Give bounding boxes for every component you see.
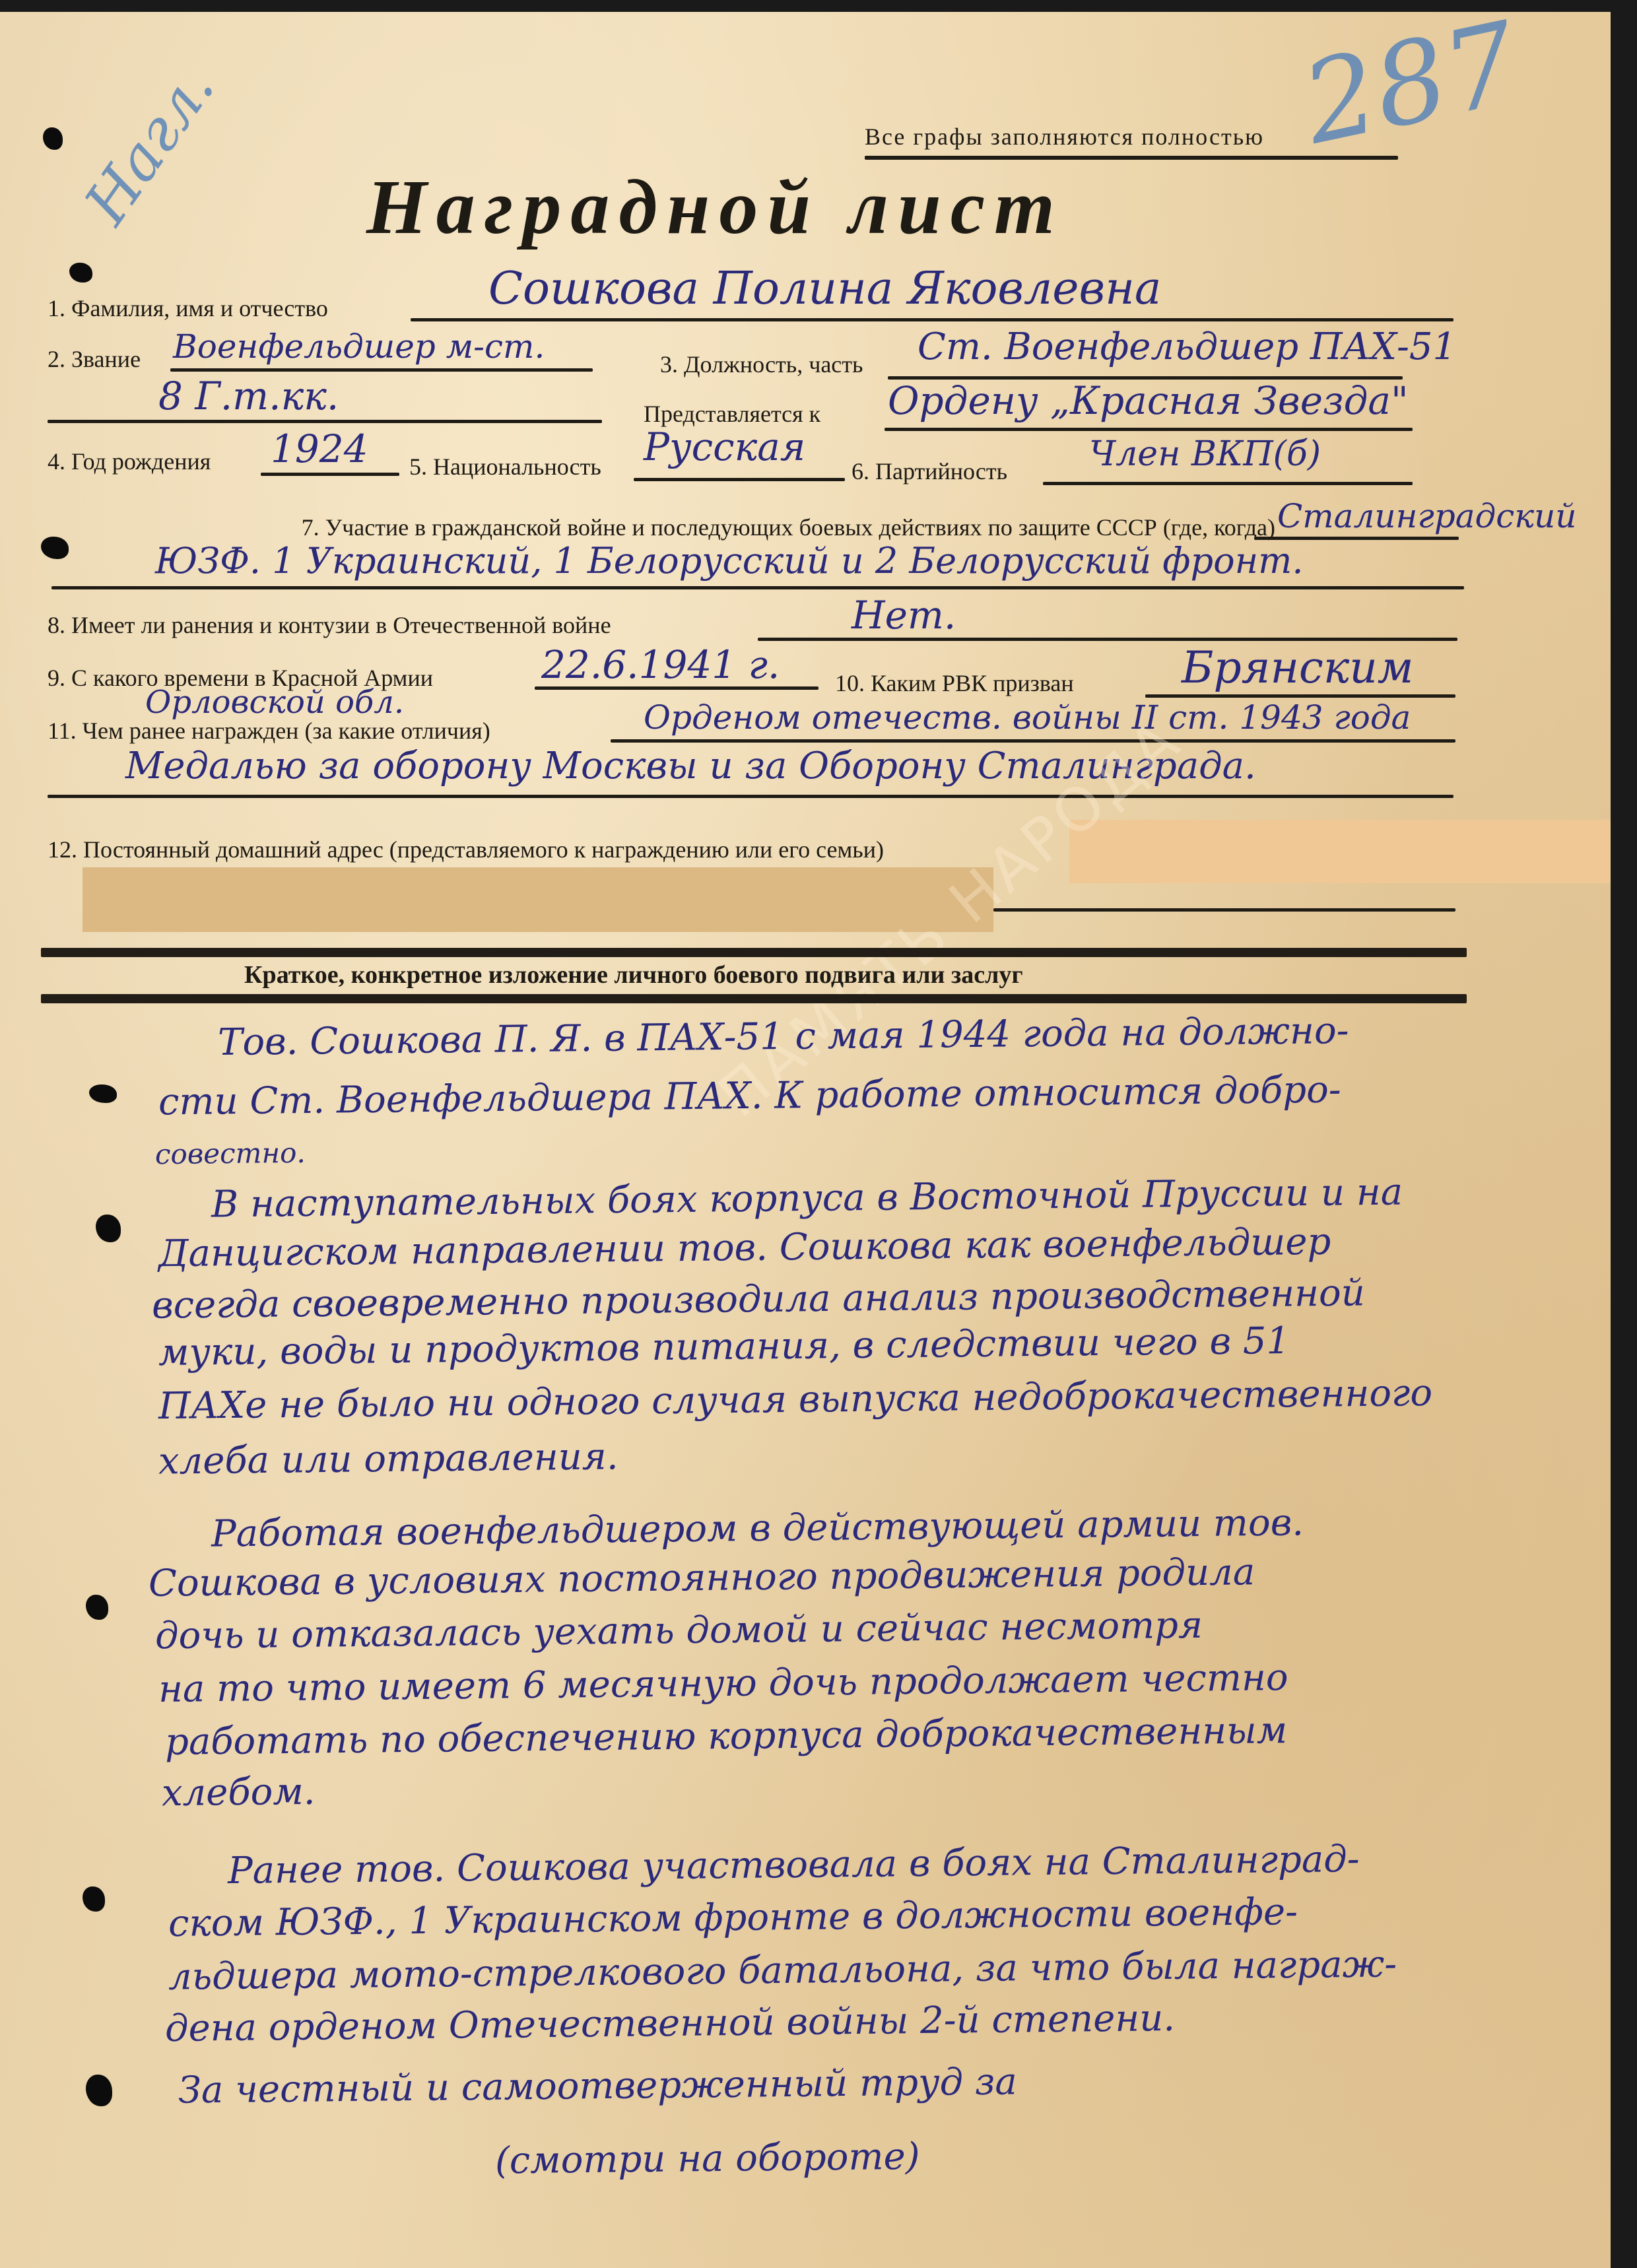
field-11-line-2 (48, 795, 1453, 798)
redacted-address-right (1069, 820, 1611, 883)
note-underline (865, 156, 1398, 160)
narrative-line: муки, воды и продуктов питания, в следст… (158, 1319, 1290, 1374)
binding-hole (43, 127, 63, 150)
binding-hole (86, 2075, 112, 2106)
pencil-annotation-number: 287 (1292, 12, 1529, 170)
narrative-line: Работая военфельдшером в действующей арм… (211, 1501, 1304, 1555)
instruction-note: Все графы заполняются полностью (865, 123, 1264, 150)
narrative-line: За честный и самоотверженный труд за (178, 2060, 1017, 2112)
field-2-value-continued: 8 Г.т.кк. (158, 374, 339, 418)
presented-line (885, 428, 1413, 431)
field-5-line (634, 478, 845, 481)
narrative-line: В наступательных боях корпуса в Восточно… (211, 1171, 1403, 1226)
field-2-line (170, 368, 593, 372)
presented-label: Представляется к (644, 400, 820, 428)
field-1-label: 1. Фамилия, имя и отчество (48, 294, 328, 322)
field-8-label: 8. Имеет ли ранения и контузии в Отечест… (48, 611, 611, 639)
field-7-value-1: Сталинградский (1277, 497, 1577, 535)
narrative-line: всегда своевременно производила анализ п… (152, 1271, 1365, 1327)
field-3-value: Ст. Военфельдшер ПАХ-51 (918, 325, 1456, 368)
field-7-line-2 (51, 586, 1464, 589)
narrative-line: на то что имеет 6 месячную дочь продолжа… (158, 1656, 1288, 1711)
binding-hole (69, 263, 92, 283)
field-12-label: 12. Постоянный домашний адрес (представл… (48, 836, 884, 863)
presented-value: Ордену „Красная Звезда" (888, 378, 1409, 423)
document-title: Наградной лист (366, 162, 1064, 252)
field-11-value-1: Орденом отечеств. войны II ст. 1943 года (644, 698, 1411, 737)
field-6-line (1043, 482, 1413, 485)
redacted-address-left (83, 867, 993, 932)
field-10-label: 10. Каким РВК призван (835, 669, 1074, 697)
section-rule-top (41, 948, 1467, 957)
field-8-value: Нет. (852, 593, 956, 638)
field-10-value: Брянским (1182, 642, 1414, 693)
field-3-label: 3. Должность, часть (660, 350, 863, 378)
field-7-label: 7. Участие в гражданской войне и последу… (48, 514, 1275, 541)
field-4-value: 1924 (271, 426, 368, 471)
narrative-line: Тов. Сошкова П. Я. в ПАХ-51 с мая 1944 г… (218, 1009, 1349, 1064)
field-2-label: 2. Звание (48, 345, 141, 373)
narrative-line: ПАХе не было ни одного случая выпуска не… (158, 1372, 1433, 1428)
award-sheet: Нагл. 287 Все графы заполняются полность… (0, 12, 1611, 2268)
field-2-line-2 (48, 420, 602, 423)
pencil-annotation-top-left: Нагл. (71, 54, 228, 236)
field-2-value: Военфельдшер м-ст. (173, 327, 545, 366)
binding-hole (86, 1595, 108, 1620)
binding-hole (96, 1215, 121, 1242)
narrative-line: Данцигском направлении тов. Сошкова как … (158, 1220, 1331, 1276)
field-8-line (758, 638, 1457, 641)
narrative-line: дена орденом Отечественной войны 2-й сте… (165, 1997, 1176, 2050)
narrative-line: хлебом. (162, 1770, 316, 1815)
field-5-value: Русская (644, 424, 805, 469)
field-7-value-2: ЮЗФ. 1 Украинский, 1 Белорусский и 2 Бел… (155, 540, 1304, 582)
field-9-value: 22.6.1941 г. (541, 642, 780, 687)
field-1-line (411, 318, 1453, 321)
field-6-value: Член ВКП(б) (1089, 434, 1321, 474)
field-12-line-1 (993, 908, 1455, 912)
field-4-line (261, 473, 399, 476)
narrative-line: дочь и отказалась уехать домой и сейчас … (155, 1604, 1203, 1658)
binding-hole (89, 1084, 117, 1103)
narrative-line: льдшера мото-стрелкового батальона, за ч… (168, 1943, 1397, 1998)
narrative-line: хлеба или отравления. (158, 1435, 618, 1483)
narrative-line: работать по обеспечению корпуса доброкач… (165, 1709, 1288, 1764)
field-10-value-continued: Орловской обл. (145, 684, 404, 721)
field-10-line (1145, 694, 1455, 698)
narrative-line: ском ЮЗФ., 1 Украинском фронте в должнос… (168, 1890, 1298, 1945)
section-rule-bottom (41, 994, 1467, 1003)
field-11-line-1 (611, 739, 1455, 743)
field-11-label: 11. Чем ранее награжден (за какие отличи… (48, 717, 490, 745)
field-6-label: 6. Партийность (852, 457, 1007, 485)
binding-hole (83, 1886, 105, 1912)
narrative-line: Ранее тов. Сошкова участвовала в боях на… (228, 1838, 1360, 1892)
narrative-line: сти Ст. Военфельдшера ПАХ. К работе отно… (158, 1069, 1341, 1124)
section-heading: Краткое, конкретное изложение личного бо… (244, 960, 1023, 989)
narrative-line: Сошкова в условиях постоянного продвижен… (149, 1551, 1255, 1605)
field-5-label: 5. Национальность (409, 453, 601, 481)
narrative-line: (смотри на обороте) (495, 2135, 920, 2183)
narrative-line: совестно. (155, 1137, 306, 1170)
field-4-label: 4. Год рождения (48, 448, 211, 475)
field-1-value: Сошкова Полина Яковлевна (488, 263, 1161, 315)
